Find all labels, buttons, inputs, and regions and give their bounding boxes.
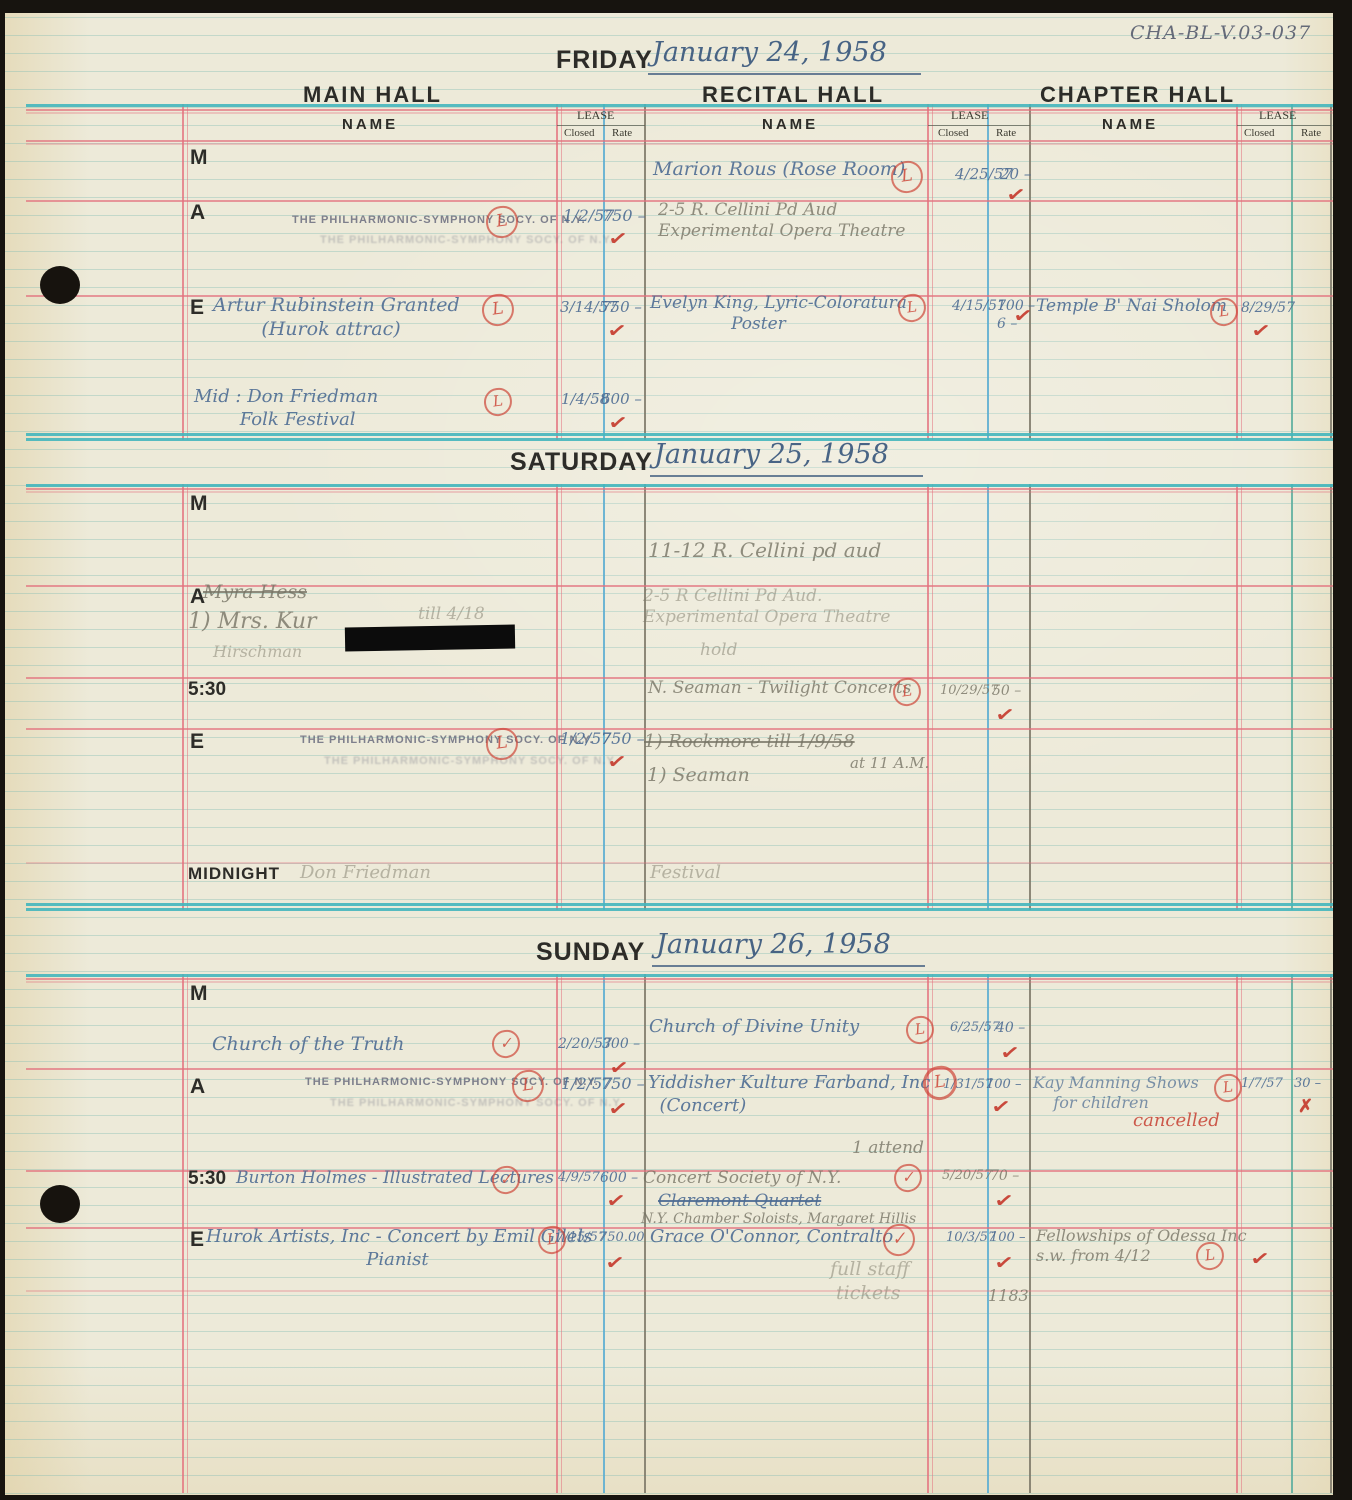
- philharmonic-stamp-ghost: THE PHILHARMONIC-SYMPHONY SOCY. OF N.Y.: [320, 234, 614, 246]
- col-header-lease-chapter: LEASE: [1259, 108, 1296, 123]
- lease-rate: 40 –: [996, 1020, 1025, 1038]
- row-label-saturday-midnight: MIDNIGHT: [188, 864, 280, 884]
- lease-rate: 750.00: [599, 1230, 645, 1246]
- check-mark-icon: ✓: [607, 1097, 629, 1122]
- day-label-friday: FRIDAY: [556, 46, 653, 75]
- rule-line: [26, 484, 1334, 487]
- check-mark-icon: ✓: [990, 1095, 1012, 1120]
- rule-line: [26, 981, 1334, 983]
- lease-rate: 300 –: [602, 1036, 640, 1054]
- philharmonic-stamp: THE PHILHARMONIC-SYMPHONY SOCY. OF N.Y.: [305, 1076, 599, 1088]
- lease-rate: 750 –: [602, 206, 646, 226]
- booking-entry: Artur Rubinstein Granted (Hurok attrac): [213, 294, 460, 342]
- check-mark-icon: ✓: [606, 319, 628, 344]
- philharmonic-stamp-ghost: THE PHILHARMONIC-SYMPHONY SOCY. OF N.Y.: [324, 755, 618, 767]
- col-header-lease-recital: LEASE: [951, 108, 988, 123]
- booking-entry: 2-5 R. Cellini Pd Aud Experimental Opera…: [658, 200, 906, 243]
- redaction-bar: [345, 625, 515, 652]
- rule-line: [26, 112, 1334, 114]
- booking-entry: Yiddisher Kulture Farband, Inc (Concert): [648, 1072, 930, 1117]
- rule-line: [26, 104, 1334, 107]
- rule-line: [26, 433, 1334, 436]
- check-mark-icon: ✓: [1250, 319, 1272, 344]
- booking-entry: Church of the Truth: [212, 1033, 405, 1057]
- check-mark-icon: ✓: [604, 1251, 626, 1276]
- scan-border-bottom: [0, 1495, 1352, 1500]
- booking-entry: 1) Mrs. Kur: [188, 608, 317, 636]
- col-header-name-chapter: NAME: [1102, 116, 1158, 133]
- day-label-saturday: SATURDAY: [510, 448, 653, 477]
- lease-closed-date: 10/29/57: [940, 683, 998, 699]
- booking-entry-struck: Claremont Quartet: [658, 1191, 821, 1212]
- col-header-closed-recital: Closed: [938, 127, 969, 139]
- col-header-name-recital: NAME: [762, 116, 818, 133]
- booking-entry: Church of Divine Unity: [649, 1016, 859, 1039]
- booking-entry: Temple B' Nai Sholom: [1036, 296, 1227, 317]
- booking-figure: 1183: [988, 1286, 1029, 1306]
- reference-number: CHA-BL-V.03-037: [1130, 22, 1311, 46]
- col-header-closed-main: Closed: [564, 127, 595, 139]
- lease-rate: 100 –: [990, 1230, 1025, 1246]
- ledger-scan-page: CHA-BL-V.03-037 FRIDAY January 24, 1958 …: [0, 0, 1352, 1500]
- lease-closed-date: 10/3/57: [946, 1230, 996, 1246]
- day-date-friday: January 24, 1958: [648, 36, 921, 75]
- booking-entry: N. Seaman - Twilight Concerts: [648, 678, 911, 699]
- rule-line: [26, 491, 1334, 493]
- row-label-sunday-m: M: [190, 982, 208, 1006]
- rule-line: [26, 974, 1334, 977]
- row-label-saturday-m: M: [190, 492, 208, 516]
- lease-closed-date: 6/25/57: [950, 1020, 1000, 1036]
- col-header-lease-main: LEASE: [577, 108, 614, 123]
- booking-note: at 11 A.M.: [850, 754, 929, 773]
- check-mark-icon: ✓: [605, 1189, 627, 1214]
- lease-closed-date: 8/29/57: [1241, 300, 1295, 318]
- booking-entry-struck: Myra Hess: [203, 581, 307, 605]
- check-mark-icon: ✓: [1012, 304, 1034, 329]
- lease-rate: 600 –: [600, 1170, 638, 1188]
- row-label-sunday-a: A: [190, 1075, 205, 1099]
- row-label-saturday-530: 5:30: [188, 679, 226, 701]
- cross-mark-icon: ✗: [1298, 1096, 1313, 1117]
- scan-border-top: [0, 0, 1352, 13]
- check-mark-icon: ✓: [1249, 1247, 1271, 1272]
- row-label-friday-a: A: [190, 201, 205, 225]
- check-mark-icon: ✓: [994, 703, 1016, 728]
- lease-rate: 750 –: [601, 729, 645, 749]
- check-mark-icon: ✓: [607, 411, 629, 436]
- booking-entry: Festival: [650, 862, 721, 885]
- check-mark-icon: ✓: [999, 1041, 1021, 1066]
- check-mark-icon: ✓: [993, 1251, 1015, 1276]
- col-header-closed-chapter: Closed: [1244, 127, 1275, 139]
- day-date-saturday: January 25, 1958: [650, 438, 923, 477]
- check-mark-icon: ✓: [608, 1056, 630, 1081]
- lease-rate: 30 –: [1294, 1076, 1321, 1092]
- booking-entry: Concert Society of N.Y.: [643, 1168, 841, 1189]
- row-label-sunday-530: 5:30: [188, 1168, 226, 1190]
- booking-entry: 1) Seaman: [647, 764, 750, 788]
- col-header-rate-chapter: Rate: [1301, 127, 1321, 139]
- booking-entry: Kay Manning Shows for children: [1033, 1073, 1199, 1113]
- booking-note: Hirschman: [213, 642, 302, 662]
- check-mark-icon: ✓: [606, 750, 628, 775]
- lease-box-line: [1237, 125, 1331, 126]
- scan-border-right: [1333, 0, 1352, 1500]
- lease-rate: 600 –: [601, 390, 642, 409]
- booking-entry-struck: 1) Rockmore till 1/9/58: [644, 731, 855, 754]
- booking-note: hold: [700, 640, 738, 661]
- rule-line: [26, 978, 1334, 980]
- rule-line: [26, 1068, 1334, 1070]
- lease-rate: 750 –: [601, 298, 642, 317]
- booking-entry: 11-12 R. Cellini pd aud: [648, 538, 881, 563]
- rule-line: [26, 903, 1334, 906]
- rule-line: [26, 908, 1334, 911]
- col-header-rate-recital: Rate: [996, 127, 1016, 139]
- col-header-name-main: NAME: [342, 116, 398, 133]
- row-label-friday-m: M: [190, 146, 208, 170]
- col-header-rate-main: Rate: [612, 127, 632, 139]
- row-label-sunday-e: E: [190, 1228, 204, 1252]
- booking-note: till 4/18: [418, 604, 485, 625]
- booking-entry: Hurok Artists, Inc - Concert by Emil Gil…: [206, 1226, 592, 1271]
- rule-line: [26, 143, 1334, 145]
- lease-box-line: [928, 125, 1030, 126]
- day-date-sunday: January 26, 1958: [652, 928, 925, 967]
- philharmonic-stamp-ghost: THE PHILHARMONIC-SYMPHONY SOCY. OF N.Y.: [330, 1097, 624, 1109]
- booking-entry: Marion Rous (Rose Room): [653, 158, 905, 182]
- rule-line: [26, 488, 1334, 490]
- row-label-saturday-e: E: [190, 730, 204, 754]
- lease-rate: 20 –: [1000, 165, 1031, 184]
- lease-closed-date: 4/9/57: [558, 1170, 600, 1186]
- philharmonic-stamp: THE PHILHARMONIC-SYMPHONY SOCY. OF N.Y.: [292, 214, 586, 226]
- cancelled-note: cancelled: [1133, 1110, 1220, 1133]
- check-mark-icon: ✓: [607, 227, 629, 252]
- lease-closed-date: 1/7/57: [1241, 1076, 1283, 1092]
- rule-line: [26, 109, 1334, 111]
- rule-line: [26, 1290, 1334, 1292]
- booking-note: full staff tickets: [830, 1258, 910, 1306]
- row-label-friday-e: E: [190, 296, 204, 320]
- booking-entry: 2-5 R Cellini Pd Aud. Experimental Opera…: [643, 586, 891, 629]
- booking-note: 1 attend: [852, 1138, 924, 1159]
- rule-line: [26, 140, 1334, 142]
- lease-rate: 70 –: [990, 1168, 1019, 1186]
- lease-box-line: [557, 125, 645, 126]
- scan-border-left: [0, 0, 5, 1500]
- rule-line: [26, 728, 1334, 730]
- punch-hole-top: [40, 266, 80, 304]
- booking-entry: Don Friedman: [300, 862, 431, 885]
- day-label-sunday: SUNDAY: [536, 938, 645, 967]
- philharmonic-stamp: THE PHILHARMONIC-SYMPHONY SOCY. OF N.Y.: [300, 734, 594, 746]
- lease-rate: 50 –: [992, 683, 1021, 701]
- punch-hole-bottom: [40, 1185, 80, 1223]
- booking-entry: Evelyn King, Lyric-Coloratura Poster: [650, 293, 907, 336]
- booking-entry: Mid : Don Friedman Folk Festival: [194, 386, 378, 431]
- lease-rate: 100 –: [986, 1077, 1021, 1093]
- lease-closed-date: 5/20/57: [942, 1168, 992, 1184]
- booking-entry: Grace O'Connor, Contralto: [650, 1226, 893, 1249]
- check-mark-icon: ✓: [993, 1189, 1015, 1214]
- check-mark-icon: ✓: [1005, 183, 1027, 208]
